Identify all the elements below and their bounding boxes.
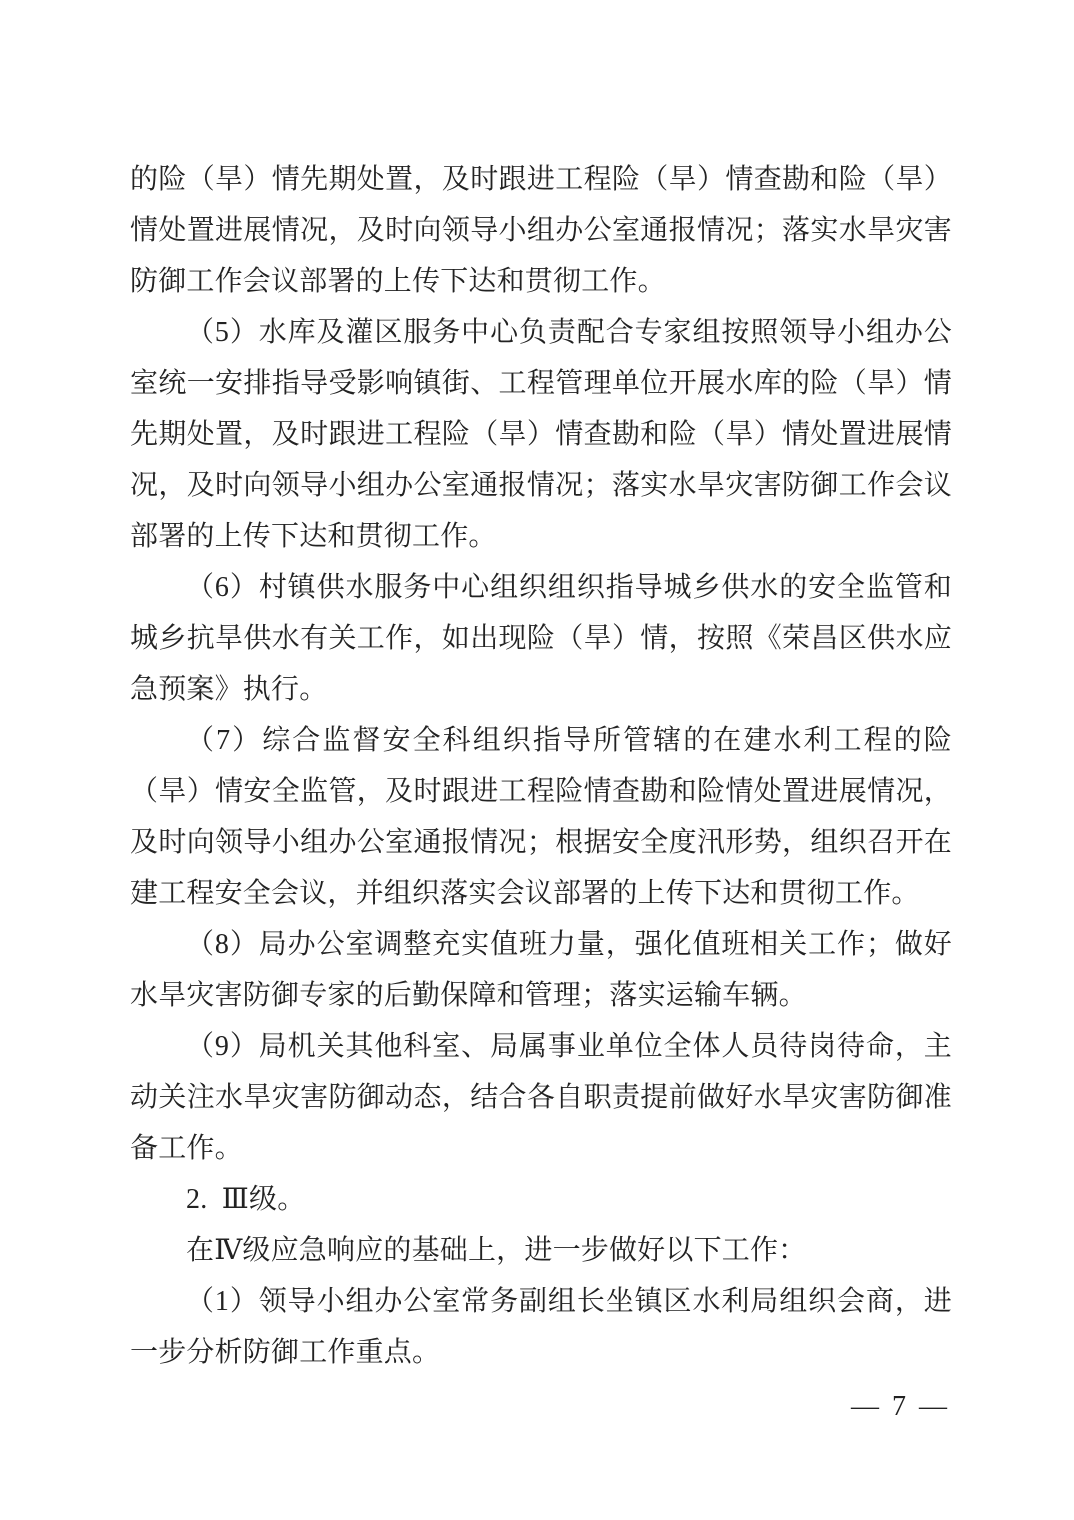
document-body: 的险（旱）情先期处置，及时跟进工程险（旱）情查勘和险（旱）情处置进展情况，及时向… — [130, 154, 952, 1378]
page-number: — 7 — — [851, 1390, 950, 1424]
paragraph-item-7: （7）综合监督安全科组织指导所管辖的在建水利工程的险（旱）情安全监管，及时跟进工… — [130, 715, 952, 919]
paragraph-item-1: （1）领导小组办公室常务副组长坐镇区水利局组织会商，进一步分析防御工作重点。 — [130, 1276, 952, 1378]
paragraph-item-9: （9）局机关其他科室、局属事业单位全体人员待岗待命，主动关注水旱灾害防御动态，结… — [130, 1021, 952, 1174]
paragraph-continuation: 的险（旱）情先期处置，及时跟进工程险（旱）情查勘和险（旱）情处置进展情况，及时向… — [130, 154, 952, 307]
paragraph-item-6: （6）村镇供水服务中心组织组织指导城乡供水的安全监管和城乡抗旱供水有关工作，如出… — [130, 562, 952, 715]
paragraph-level3-intro: 在Ⅳ级应急响应的基础上，进一步做好以下工作： — [130, 1225, 952, 1276]
paragraph-item-5: （5）水库及灌区服务中心负责配合专家组按照领导小组办公室统一安排指导受影响镇街、… — [130, 307, 952, 562]
paragraph-item-8: （8）局办公室调整充实值班力量，强化值班相关工作；做好水旱灾害防御专家的后勤保障… — [130, 919, 952, 1021]
document-page: 的险（旱）情先期处置，及时跟进工程险（旱）情查勘和险（旱）情处置进展情况，及时向… — [0, 0, 1074, 1520]
heading-level-3: 2. Ⅲ级。 — [130, 1174, 952, 1225]
